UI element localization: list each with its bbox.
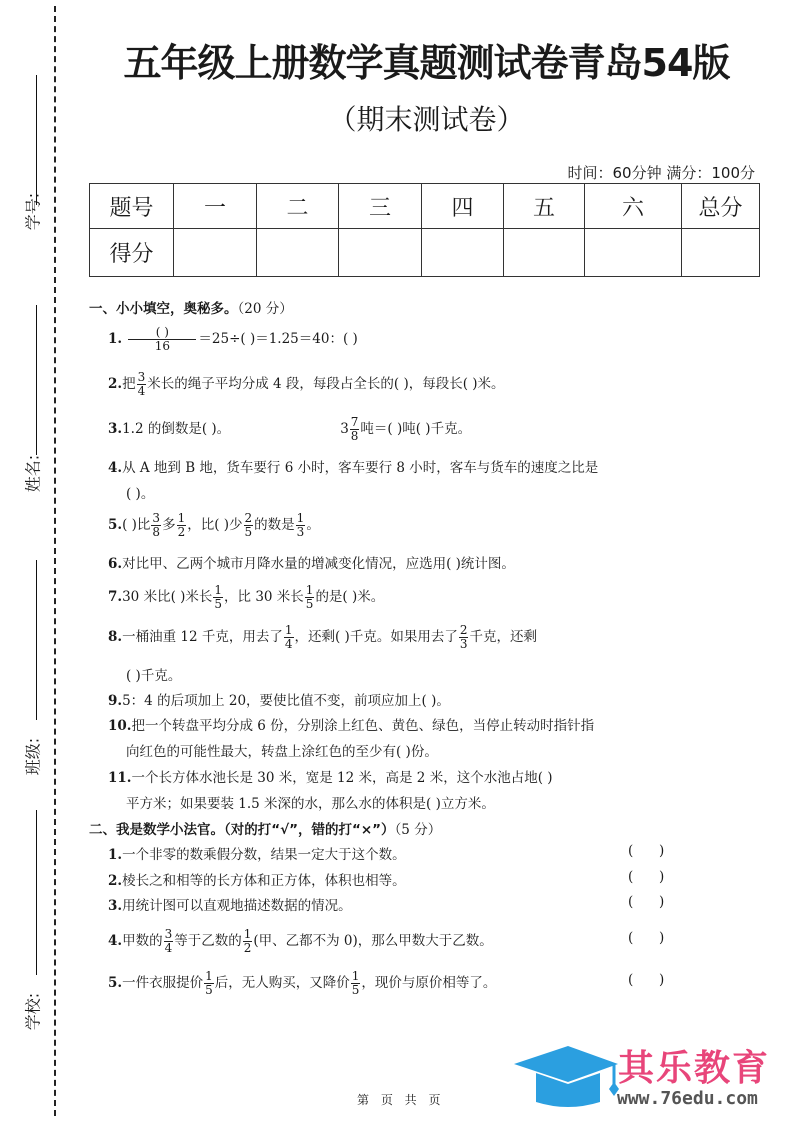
col-3: 三 — [339, 184, 422, 229]
judge-answer-5[interactable]: ( ) — [628, 972, 664, 988]
student-id-label: 学号: — [21, 192, 44, 232]
row-header-question-no: 题号 — [90, 184, 174, 229]
fraction: 15 — [204, 970, 214, 997]
judge-question-5: 5.一件衣服提价15后，无人购买，又降价15，现价与原价相等了。 — [108, 970, 496, 997]
fraction: 38 — [151, 512, 161, 539]
question-1-5: 5.( )比38多12，比( )少25的数是13。 — [108, 512, 320, 539]
fraction: 13 — [296, 512, 306, 539]
question-1-7: 7.30 米比( )米长15，比 30 米长15的是( )米。 — [108, 584, 384, 611]
brand-url: www.76edu.com — [617, 1088, 758, 1109]
section-1-title: 一、小小填空，奥秘多。 — [89, 301, 238, 317]
binding-dashed-line — [54, 6, 56, 1116]
score-table-score-row: 得分 — [90, 229, 760, 277]
score-cell[interactable] — [257, 229, 339, 277]
question-1-3: 3.1.2 的倒数是( )。378吨＝( )吨( )千克。 — [108, 416, 471, 443]
col-total: 总分 — [682, 184, 760, 229]
score-cell[interactable] — [682, 229, 760, 277]
score-cell[interactable] — [585, 229, 682, 277]
judge-answer-2[interactable]: ( ) — [628, 869, 664, 885]
fraction: 14 — [284, 624, 294, 651]
score-table-header-row: 题号 一 二 三 四 五 六 总分 — [90, 184, 760, 229]
fraction: 12 — [177, 512, 187, 539]
judge-answer-3[interactable]: ( ) — [628, 894, 664, 910]
question-1-10: 10.把一个转盘平均分成 6 份，分别涂上红色、黄色、绿色，当停止转动时指针指 — [108, 714, 594, 734]
student-id-line — [36, 75, 37, 205]
question-1-11-line2: 平方米；如果要装 1.5 米深的水，那么水的体积是( )立方米。 — [126, 792, 495, 812]
exam-meta: 时间：60分钟 满分：100分 — [568, 162, 756, 183]
question-1-4-line2: ( )。 — [126, 482, 154, 502]
question-1-11: 11.一个长方体水池长是 30 米，宽是 12 米，高是 2 米，这个水池占地(… — [108, 766, 553, 786]
name-line — [36, 305, 37, 455]
question-1-1: 1. ( )16＝25÷( )＝1.25＝40：( ) — [108, 326, 358, 353]
school-label: 学校: — [21, 992, 44, 1032]
class-line — [36, 560, 37, 720]
page-subtitle: （期末测试卷） — [60, 98, 793, 138]
col-6: 六 — [585, 184, 682, 229]
section-2-heading: 二、我是数学小法官。（对的打“√”，错的打“×”）（5 分） — [89, 818, 441, 838]
fraction: 34 — [137, 371, 147, 398]
col-1: 一 — [174, 184, 257, 229]
brand-name: 其乐教育 — [618, 1040, 770, 1091]
section-1-points: （20 分） — [238, 301, 293, 317]
fraction: 78 — [350, 416, 360, 443]
name-label: 姓名: — [21, 454, 44, 494]
section-2-title: 二、我是数学小法官。（对的打“√”，错的打“×”） — [89, 822, 395, 838]
judge-question-1: 1.一个非零的数乘假分数，结果一定大于这个数。 — [108, 843, 406, 863]
col-2: 二 — [257, 184, 339, 229]
fraction: 15 — [305, 584, 315, 611]
judge-answer-4[interactable]: ( ) — [628, 930, 664, 946]
score-cell[interactable] — [174, 229, 257, 277]
question-1-10-line2: 向红色的可能性最大，转盘上涂红色的至少有( )份。 — [126, 740, 438, 760]
row-header-score: 得分 — [90, 229, 174, 277]
fraction: 25 — [244, 512, 254, 539]
score-table: 题号 一 二 三 四 五 六 总分 得分 — [89, 183, 760, 277]
score-cell[interactable] — [339, 229, 422, 277]
fraction: 34 — [164, 928, 174, 955]
score-cell[interactable] — [422, 229, 504, 277]
page-footer: 第 页 共 页 — [357, 1091, 444, 1108]
section-2-points: （5 分） — [395, 822, 442, 838]
question-1-8: 8.一桶油重 12 千克，用去了14，还剩( )千克。如果用去了23千克，还剩 — [108, 624, 537, 651]
judge-question-3: 3.用统计图可以直观地描述数据的情况。 — [108, 894, 352, 914]
question-1-4: 4.从 A 地到 B 地，货车要行 6 小时，客车要行 8 小时，客车与货车的速… — [108, 456, 598, 476]
question-1-9: 9.5：4 的后项加上 20，要使比值不变，前项应加上( )。 — [108, 689, 450, 709]
fraction: 23 — [459, 624, 469, 651]
page-title: 五年级上册数学真题测试卷青岛54版 — [60, 32, 793, 87]
question-1-2: 2.把34米长的绳子平均分成 4 段，每段占全长的( )，每段长( )米。 — [108, 371, 505, 398]
question-1-8-line2: ( )千克。 — [126, 664, 181, 684]
section-1-heading: 一、小小填空，奥秘多。（20 分） — [89, 297, 293, 317]
school-line — [36, 810, 37, 975]
question-1-6: 6.对比甲、乙两个城市月降水量的增减变化情况，应选用( )统计图。 — [108, 552, 515, 572]
class-label: 班级: — [21, 737, 44, 777]
score-cell[interactable] — [504, 229, 585, 277]
fraction: 12 — [243, 928, 253, 955]
fraction: ( )16 — [127, 326, 197, 353]
col-5: 五 — [504, 184, 585, 229]
judge-question-4: 4.甲数的34等于乙数的12(甲、乙都不为 0)，那么甲数大于乙数。 — [108, 928, 493, 955]
fraction: 15 — [351, 970, 361, 997]
col-4: 四 — [422, 184, 504, 229]
judge-question-2: 2.棱长之和相等的长方体和正方体，体积也相等。 — [108, 869, 406, 889]
judge-answer-1[interactable]: ( ) — [628, 843, 664, 859]
fraction: 15 — [213, 584, 223, 611]
